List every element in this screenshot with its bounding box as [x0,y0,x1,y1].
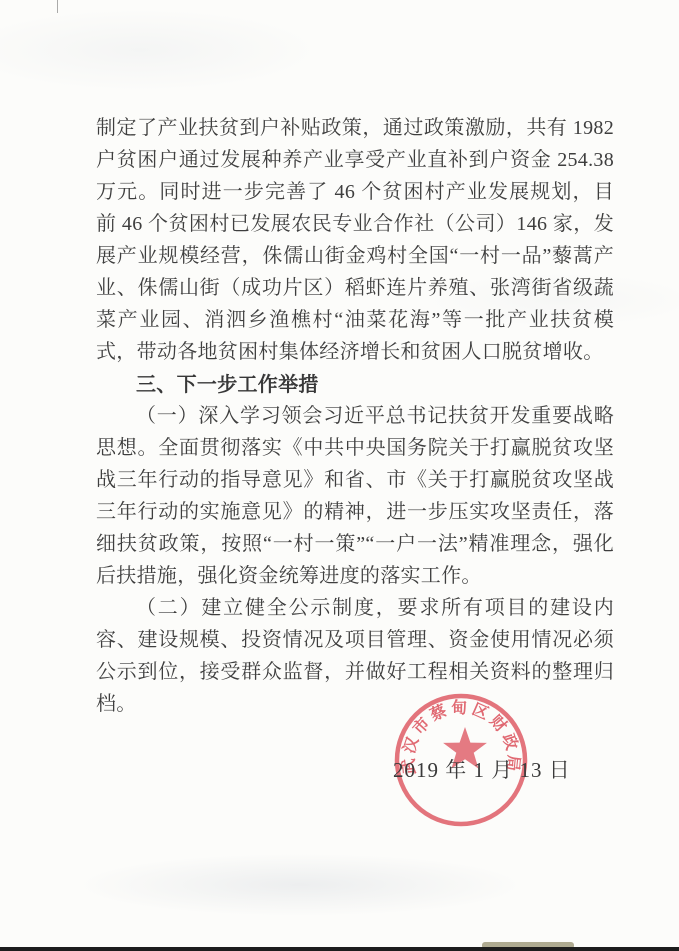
scan-artifact-line [57,0,58,13]
document-page: 制定了产业扶贫到户补贴政策，通过政策激励，共有 1982 户贫困户通过发展种养产… [0,0,679,951]
paragraph-industry-poverty-support: 制定了产业扶贫到户补贴政策，通过政策激励，共有 1982 户贫困户通过发展种养产… [96,112,614,368]
scan-edge-bottom [0,947,679,951]
paragraph-measure-1: （一）深入学习领会习近平总书记扶贫开发重要战略思想。全面贯彻落实《中共中央国务院… [96,400,614,592]
section-heading-next-steps: 三、下一步工作举措 [96,368,614,400]
date-line: 2019 年 1 月 13 日 [393,754,571,784]
paragraph-measure-2: （二）建立健全公示制度，要求所有项目的建设内容、建设规模、投资情况及项目管理、资… [96,592,614,720]
document-body: 制定了产业扶贫到户补贴政策，通过政策激励，共有 1982 户贫困户通过发展种养产… [96,112,614,720]
